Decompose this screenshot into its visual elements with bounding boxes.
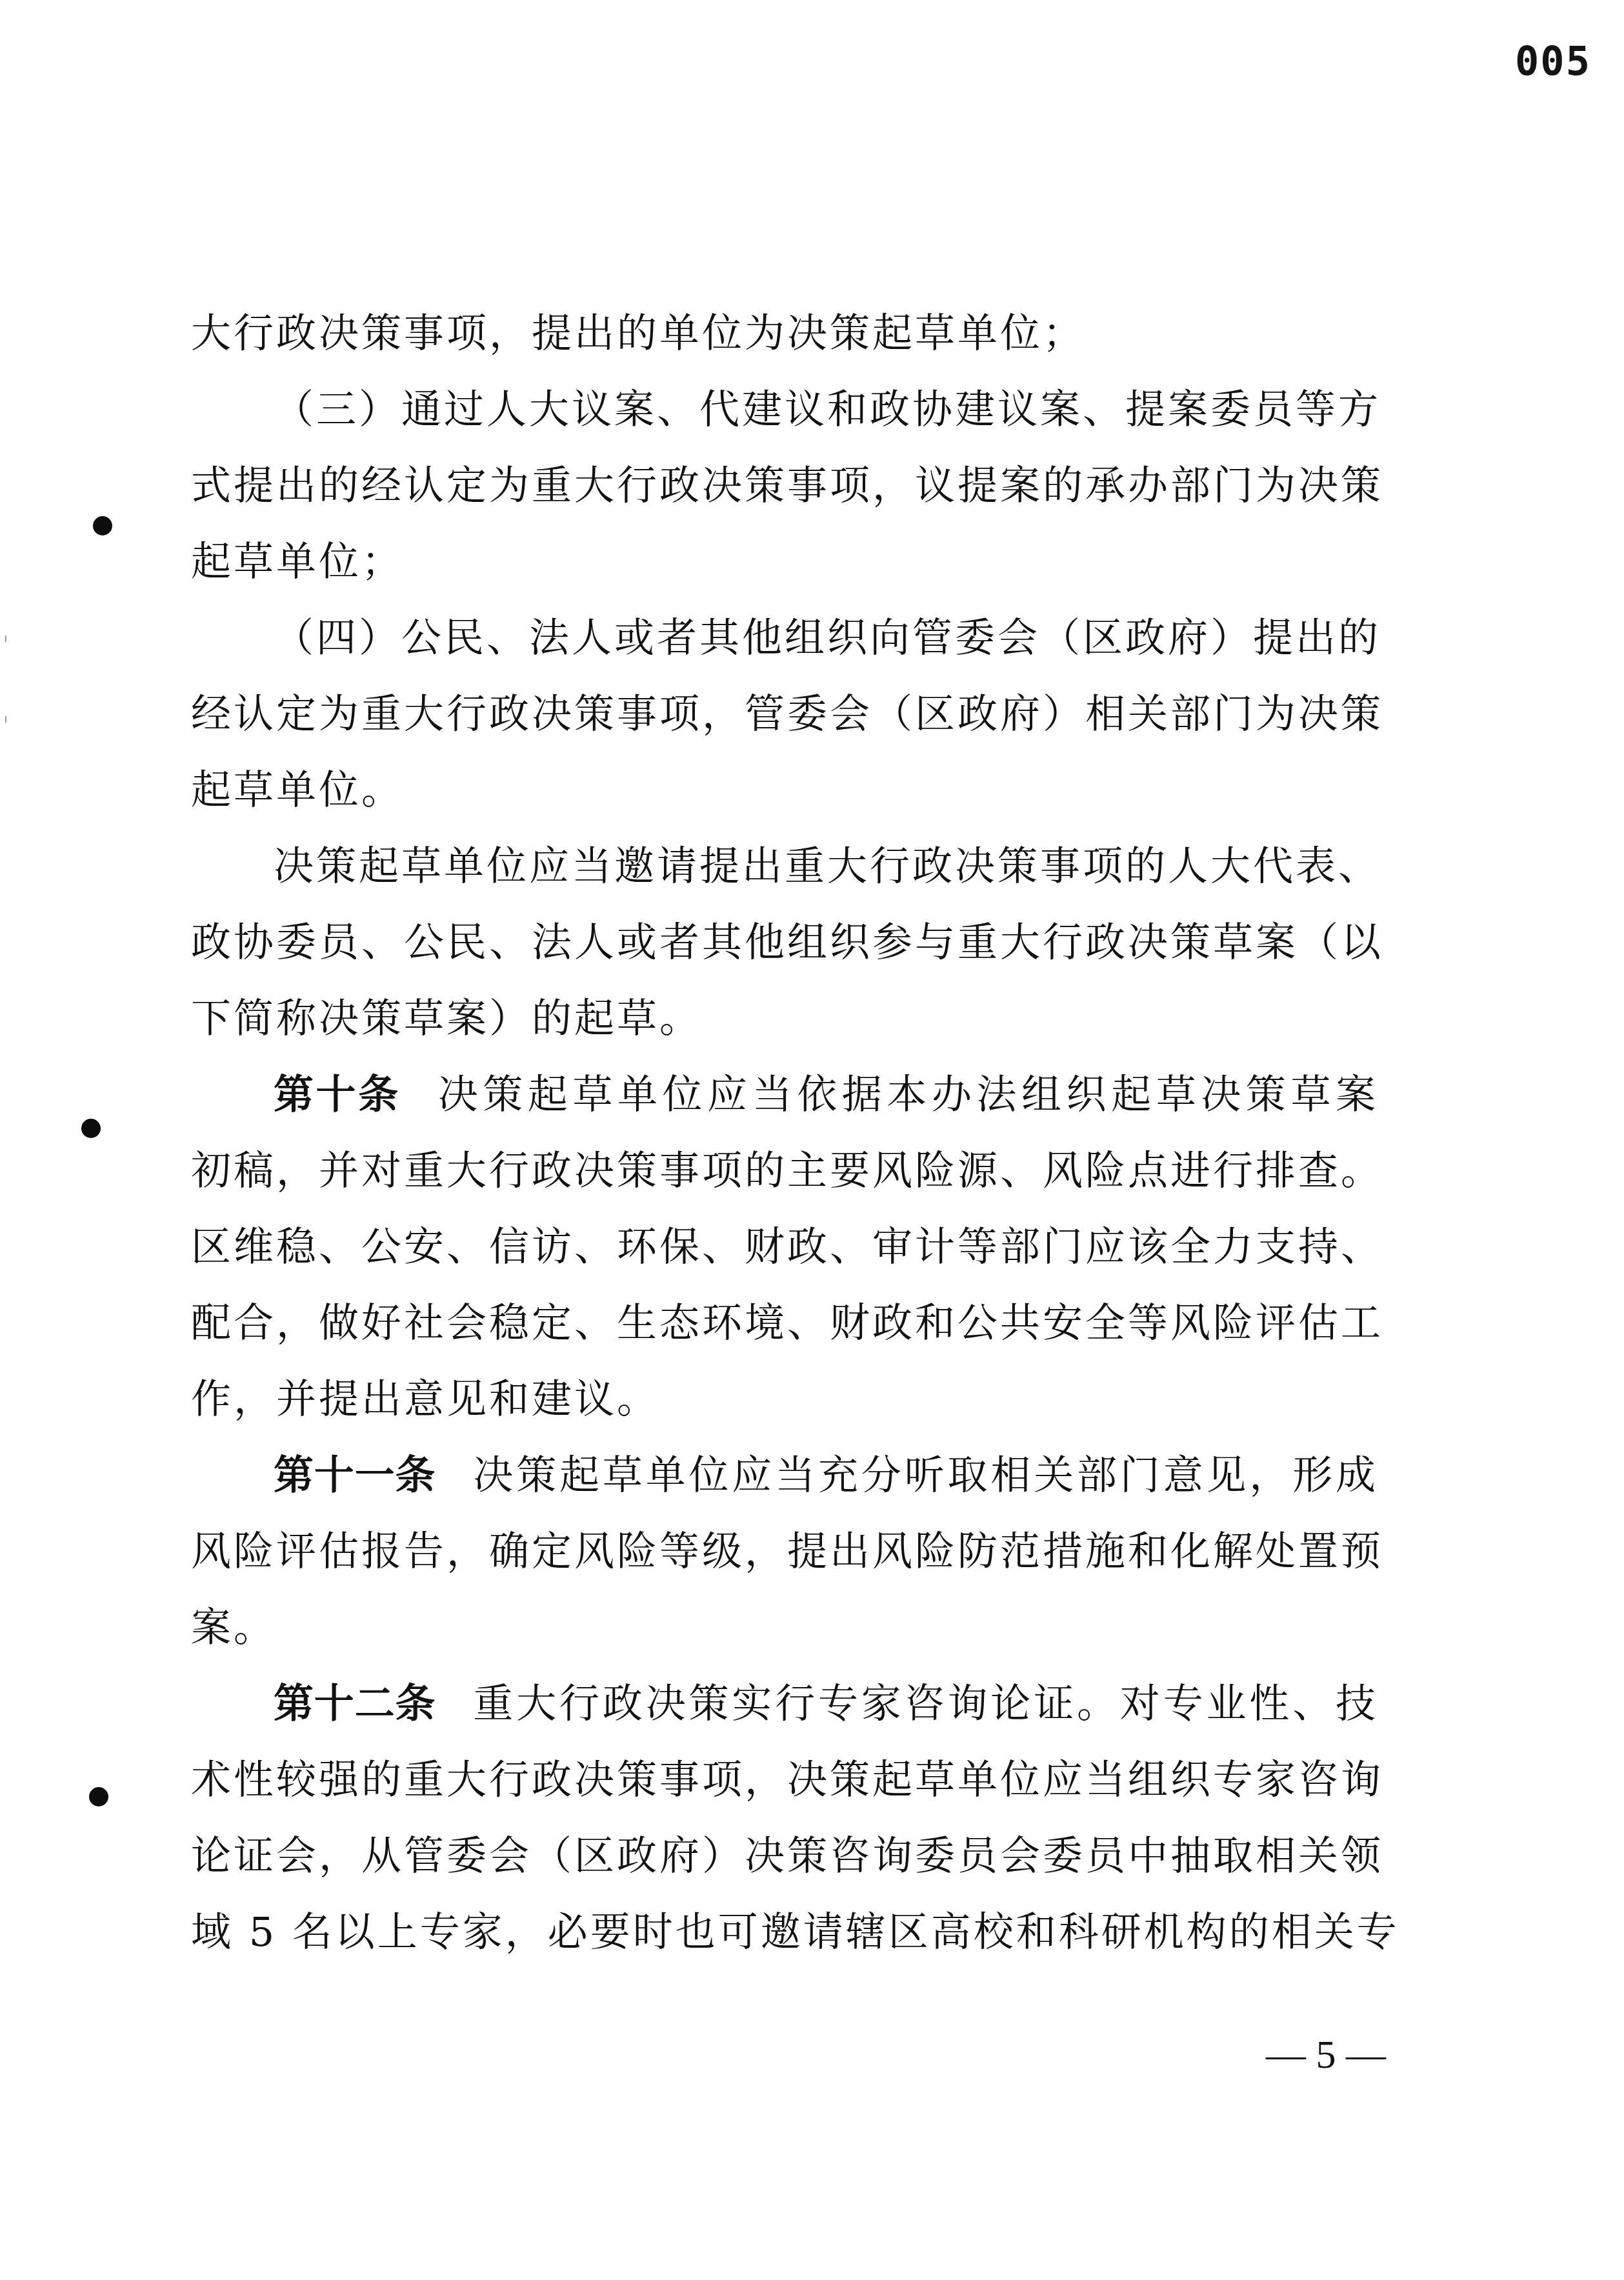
binding-hole-mark (81, 1119, 101, 1138)
text-line: 区维稳、公安、信访、环保、财政、审计等部门应该全力支持、 (191, 1209, 1378, 1285)
article-heading: 第十二条 (274, 1680, 436, 1727)
stamp-number: 005 (1515, 37, 1591, 85)
article-text: 决策起草单位应当充分听取相关部门意见，形成 (473, 1452, 1378, 1499)
article-text: 决策起草单位应当依据本办法组织起草决策草案 (438, 1071, 1378, 1118)
text-line: 初稿，并对重大行政决策事项的主要风险源、风险点进行排查。 (191, 1133, 1378, 1209)
text-line: 案。 (191, 1590, 1378, 1666)
article-heading: 第十一条 (274, 1452, 436, 1499)
paragraph-continuation: 大行政决策事项，提出的单位为决策起草单位； (191, 295, 1378, 372)
text-line: 术性较强的重大行政决策事项，决策起草单位应当组织专家咨询 (191, 1742, 1378, 1818)
text-line: 第十二条重大行政决策实行专家咨询论证。对专业性、技 (191, 1666, 1378, 1742)
binding-hole-mark (89, 1787, 108, 1806)
article-text: 重大行政决策实行专家咨询论证。对专业性、技 (473, 1680, 1378, 1727)
text-line: 决策起草单位应当邀请提出重大行政决策事项的人大代表、 (191, 828, 1378, 905)
paragraph-item-3: （三）通过人大议案、代建议和政协建议案、提案委员等方 式提出的经认定为重大行政决… (191, 372, 1378, 600)
binding-hole-mark (93, 516, 112, 535)
text-line: 域 5 名以上专家，必要时也可邀请辖区高校和科研机构的相关专 (191, 1894, 1378, 1970)
article-heading: 第十条 (274, 1071, 401, 1118)
article-12: 第十二条重大行政决策实行专家咨询论证。对专业性、技 术性较强的重大行政决策事项，… (191, 1666, 1378, 1970)
paragraph-item-4: （四）公民、法人或者其他组织向管委会（区政府）提出的 经认定为重大行政决策事项，… (191, 600, 1378, 828)
text-line: 第十条决策起草单位应当依据本办法组织起草决策草案 (191, 1057, 1378, 1133)
text-line: 作，并提出意见和建议。 (191, 1361, 1378, 1437)
text-line: 起草单位。 (191, 752, 1378, 828)
text-line: （三）通过人大议案、代建议和政协建议案、提案委员等方 (191, 372, 1378, 448)
text-line: 政协委员、公民、法人或者其他组织参与重大行政决策草案（以 (191, 905, 1378, 981)
text-line: 大行政决策事项，提出的单位为决策起草单位； (191, 295, 1378, 372)
text-line: 风险评估报告，确定风险等级，提出风险防范措施和化解处置预 (191, 1514, 1378, 1590)
paragraph-invitation: 决策起草单位应当邀请提出重大行政决策事项的人大代表、 政协委员、公民、法人或者其… (191, 828, 1378, 1057)
text-line: （四）公民、法人或者其他组织向管委会（区政府）提出的 (191, 600, 1378, 676)
text-line: 论证会，从管委会（区政府）决策咨询委员会委员中抽取相关领 (191, 1818, 1378, 1894)
document-body: 大行政决策事项，提出的单位为决策起草单位； （三）通过人大议案、代建议和政协建议… (191, 295, 1378, 1970)
text-line: 起草单位； (191, 524, 1378, 600)
scan-edge-mark (5, 716, 6, 723)
page-number: — 5 — (1266, 2032, 1386, 2078)
text-line: 配合，做好社会稳定、生态环境、财政和公共安全等风险评估工 (191, 1285, 1378, 1361)
text-line: 下简称决策草案）的起草。 (191, 981, 1378, 1057)
article-10: 第十条决策起草单位应当依据本办法组织起草决策草案 初稿，并对重大行政决策事项的主… (191, 1057, 1378, 1437)
article-11: 第十一条决策起草单位应当充分听取相关部门意见，形成 风险评估报告，确定风险等级，… (191, 1437, 1378, 1666)
scan-edge-mark (5, 635, 6, 642)
text-line: 第十一条决策起草单位应当充分听取相关部门意见，形成 (191, 1437, 1378, 1514)
text-line: 经认定为重大行政决策事项，管委会（区政府）相关部门为决策 (191, 676, 1378, 752)
text-line: 式提出的经认定为重大行政决策事项，议提案的承办部门为决策 (191, 448, 1378, 524)
